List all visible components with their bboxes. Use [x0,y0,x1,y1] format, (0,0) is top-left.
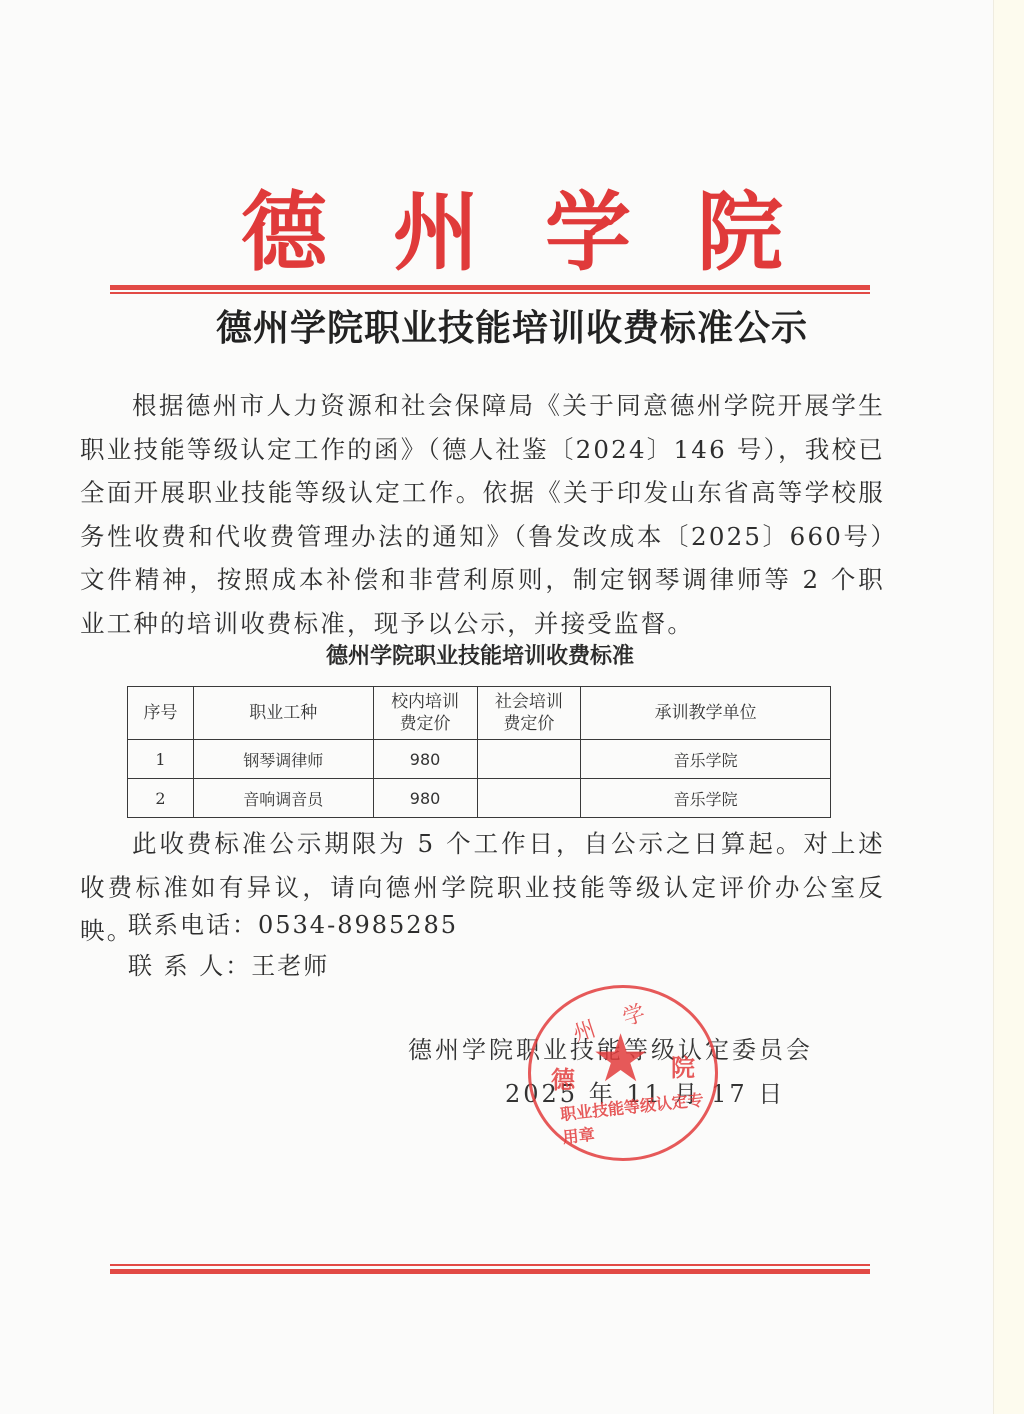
fee-table: 序号 职业工种 校内培训 费定价 社会培训 费定价 承训教学单位 1 钢琴调律师… [127,686,831,818]
cell-index: 1 [128,740,194,779]
table-row: 1 钢琴调律师 980 音乐学院 [128,740,831,779]
official-seal: 州学 德 ★ 院 职业技能等级认定专用章 [528,985,718,1161]
masthead-title: 德州学院 [0,178,1024,288]
header-thick-rule [110,285,870,290]
cell-unit: 音乐学院 [581,740,831,779]
signing-date: 2025 年 11 月 17 日 [505,1074,785,1109]
signing-organization: 德州学院职业技能等级认定委员会 [408,1030,813,1065]
fee-table-title: 德州学院职业技能培训收费标准 [0,637,960,677]
header-external-fee-line2: 费定价 [478,713,581,735]
header-unit: 承训教学单位 [581,687,831,740]
cell-occupation: 钢琴调律师 [193,740,373,779]
cell-index: 2 [128,779,194,818]
header-occupation: 职业工种 [193,687,373,740]
footer-thick-rule [110,1269,870,1274]
contact-person-value: 王老师 [251,952,329,980]
cell-internal-fee: 980 [373,779,477,818]
cell-external-fee [477,740,581,779]
intro-paragraph: 根据德州市人力资源和社会保障局《关于同意德州学院开展学生职业技能等级认定工作的函… [80,384,885,645]
header-internal-fee: 校内培训 费定价 [373,687,477,740]
header-internal-fee-line1: 校内培训 [374,691,477,713]
header-internal-fee-line2: 费定价 [374,713,477,735]
header-external-fee-line1: 社会培训 [478,691,581,713]
cell-external-fee [477,779,581,818]
contact-phone-value: 0534-8985285 [258,911,458,939]
contact-phone-line: 联系电话：0534-8985285 [128,905,458,940]
cell-occupation: 音响调音员 [193,779,373,818]
document-title: 德州学院职业技能培训收费标准公示 [0,300,1024,356]
contact-person-label: 联 系 人： [128,952,251,980]
contact-person-line: 联 系 人：王老师 [128,946,329,981]
table-row: 2 音响调音员 980 音乐学院 [128,779,831,818]
cell-unit: 音乐学院 [581,779,831,818]
header-thin-rule [110,292,870,294]
fee-table-header-row: 序号 职业工种 校内培训 费定价 社会培训 费定价 承训教学单位 [128,687,831,740]
footer-thin-rule [110,1264,870,1266]
contact-phone-label: 联系电话： [128,911,258,939]
header-index: 序号 [128,687,194,740]
header-external-fee: 社会培训 费定价 [477,687,581,740]
cell-internal-fee: 980 [373,740,477,779]
